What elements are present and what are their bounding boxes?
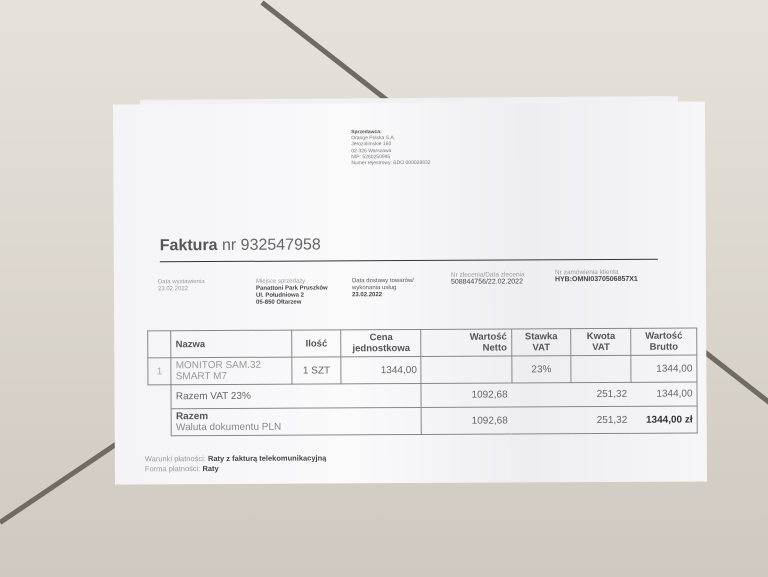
delivery-date-value: 23.02.2022 <box>352 292 414 299</box>
seller-block: Sprzedawca: Orange Polska S.A. Jerozolim… <box>351 129 430 167</box>
invoice-items-table: Nazwa Ilość Cenajednostkowa WartośćNetto… <box>147 327 698 436</box>
total-gross: 1344,00 zł <box>631 406 697 433</box>
row-lp: 1 <box>148 358 171 385</box>
total-vat: 251,32 <box>571 406 631 433</box>
row-name: MONITOR SAM.32SMART M7 <box>171 357 292 385</box>
row-unit-price: 1344,00 <box>341 356 421 383</box>
issue-date-value: 23.02.2022 <box>158 286 205 293</box>
seller-line: Numer rejestrowy: BDO 000028832 <box>351 160 430 167</box>
invoice-number: nr 932547958 <box>218 236 321 254</box>
order-value: 508844756/22.02.2022 <box>451 278 525 285</box>
invoice-title-word: Faktura <box>160 237 218 254</box>
header-net: WartośćNetto <box>421 329 511 356</box>
total-net: 1092,68 <box>422 407 512 434</box>
row-gross: 1344,00 <box>631 355 697 382</box>
header-lp <box>148 331 171 358</box>
title-divider <box>160 259 658 263</box>
row-vat-rate: 23% <box>511 356 571 383</box>
invoice-title: Faktura nr 932547958 <box>160 236 321 255</box>
order-number-block: Nr zlecenia/Data zlecenia 508844756/22.0… <box>451 271 525 285</box>
header-gross: WartośćBrutto <box>631 328 697 355</box>
client-order-value: HYB:OMNI0370506857X1 <box>555 276 638 283</box>
header-vat-rate: StawkaVAT <box>511 329 571 356</box>
payment-form: Forma płatności: Raty <box>145 463 327 474</box>
place-line: 05-850 Ołtarzew <box>256 299 328 306</box>
payment-terms: Warunki płatności: Raty z fakturą teleko… <box>145 453 327 464</box>
header-vat-amount: KwotaVAT <box>571 328 631 355</box>
header-unit-price: Cenajednostkowa <box>341 329 421 356</box>
vat-summary-net: 1092,68 <box>421 383 511 407</box>
row-vat-amount <box>571 355 631 382</box>
total-row: RazemWaluta dokumentu PLN 1092,68 251,32… <box>148 406 697 436</box>
header-qty: Ilość <box>292 330 342 357</box>
vat-summary-label: Razem VAT 23% <box>171 383 421 408</box>
table-row: 1 MONITOR SAM.32SMART M7 1 SZT 1344,00 2… <box>148 355 697 385</box>
vat-summary-row: Razem VAT 23% 1092,68 251,32 1344,00 <box>148 382 697 409</box>
header-name: Nazwa <box>171 330 292 358</box>
row-net <box>421 356 511 383</box>
issue-date-block: Data wystawienia 23.02.2022 <box>158 279 205 293</box>
client-order-block: Nr zamówienia klienta HYB:OMNI0370506857… <box>555 269 638 283</box>
vat-summary-vat: 251,32 <box>571 382 631 406</box>
place-of-sale-block: Miejsce sprzedaży Panattoni Park Pruszkó… <box>256 278 328 306</box>
row-qty: 1 SZT <box>292 357 342 384</box>
table-header-row: Nazwa Ilość Cenajednostkowa WartośćNetto… <box>148 328 697 358</box>
invoice-document: Sprzedawca: Orange Polska S.A. Jerozolim… <box>113 101 707 484</box>
payment-terms-block: Warunki płatności: Raty z fakturą teleko… <box>145 453 327 474</box>
total-label: RazemWaluta dokumentu PLN <box>171 407 421 435</box>
delivery-date-block: Data dostawy towarów/ wykonania usług 23… <box>352 278 414 299</box>
vat-summary-gross: 1344,00 <box>631 382 697 406</box>
